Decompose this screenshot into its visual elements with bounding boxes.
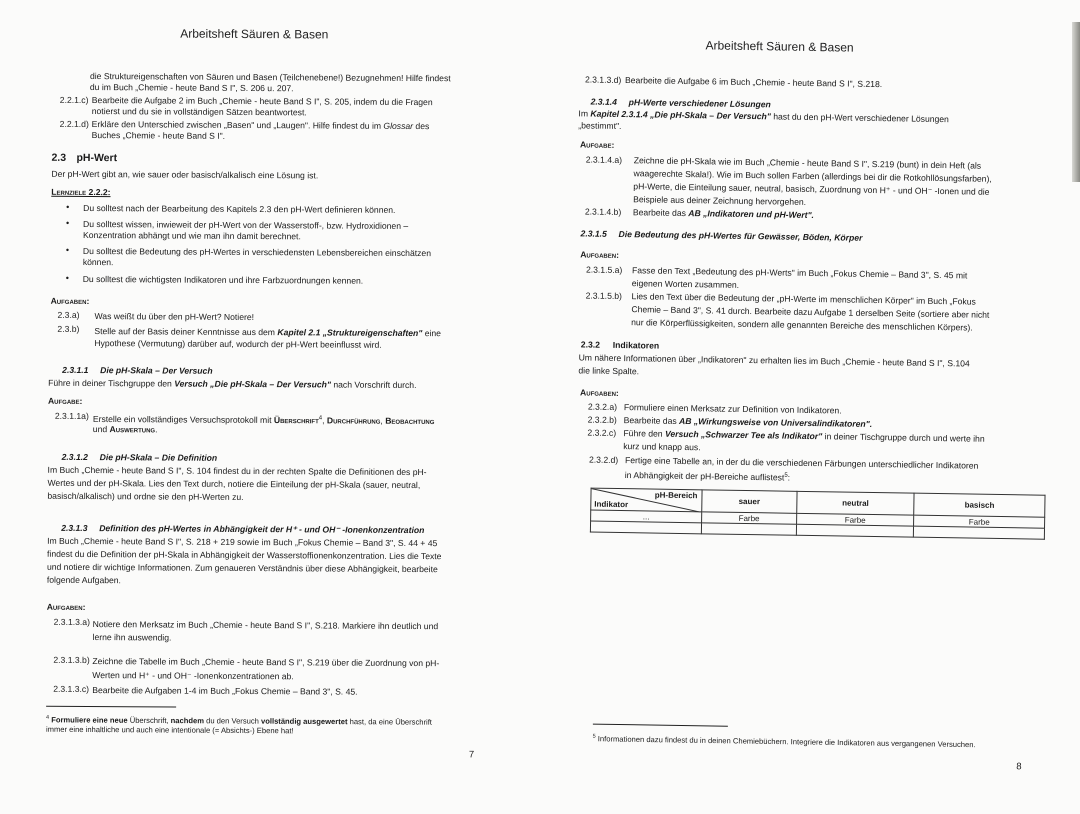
paragraph-line: und notiere dir wichtige Informationen. … xyxy=(47,562,438,575)
task-label: 2.3.1.3.d) xyxy=(585,74,621,85)
chapter-ref: Kapitel 2.3.1.4 „Die pH-Skala – Der Vers… xyxy=(590,109,771,122)
section-number: 2.3 xyxy=(51,153,66,164)
subsection-title: Die pH-Skala – Der Versuch xyxy=(100,365,212,376)
bullet-icon: • xyxy=(66,273,69,283)
page-number: 8 xyxy=(1016,761,1021,772)
text: nachdem xyxy=(171,716,204,725)
subsection-number: 2.3.1.3 xyxy=(61,523,87,534)
text: du den Versuch xyxy=(204,716,261,725)
page-7: Arbeitsheft Säuren & Basen die Strukture… xyxy=(0,0,542,814)
chapter-ref: Kapitel 2.1 „Struktureigenschaften" xyxy=(277,327,422,338)
task-label: 2.3.1.4.b) xyxy=(585,206,621,217)
text: hast du den pH-Wert verschiedener Lösung… xyxy=(771,111,949,124)
task-label: 2.3.2.b) xyxy=(588,415,617,426)
bullet-icon: • xyxy=(66,245,69,255)
task-text: Buches „Chemie - heute Band S I". xyxy=(92,130,226,141)
text: hast, da eine Überschrift xyxy=(347,717,431,727)
aufgabe-heading: Aufgabe: xyxy=(48,396,82,407)
ab-ref: AB „Wirkungsweise von Universalindikator… xyxy=(679,416,872,429)
lernziele-heading: Lernziele 2.2.2: xyxy=(51,187,110,198)
task-text: Hypothese (Vermutung) darüber auf, wodur… xyxy=(94,338,381,350)
text: eine xyxy=(422,328,441,338)
paragraph-line: die linke Spalte. xyxy=(578,365,639,377)
paragraph-line: findest du die Definition der pH-Skala i… xyxy=(47,549,441,562)
text: Formuliere eine xyxy=(49,715,110,724)
subsection-text: Führe in deiner Tischgruppe den Versuch … xyxy=(48,378,416,391)
subsection-number: 2.3.1.2 xyxy=(62,452,88,463)
task-label: 2.3.2.a) xyxy=(588,402,617,413)
task-text: Stelle auf der Basis deiner Kenntnisse a… xyxy=(94,326,441,339)
task-label: 2.3.1.3.c) xyxy=(53,684,89,695)
paragraph-line: basisch/alkalisch) und ordne sie den pH-… xyxy=(47,491,243,503)
task-text: Bearbeite die Aufgabe 6 im Buch „Chemie … xyxy=(625,75,882,90)
task-label: 2.3.b) xyxy=(57,324,79,335)
table-cell xyxy=(796,524,914,537)
text: Führe in deiner Tischgruppe den xyxy=(48,378,174,389)
text: neue xyxy=(110,716,128,725)
versuch-ref: Versuch „Schwarzer Tee als Indikator" xyxy=(665,429,822,441)
task-text: eigenen Worten zusammen. xyxy=(632,278,739,290)
task-label: 2.3.1.1a) xyxy=(55,411,89,422)
text: Im xyxy=(578,108,590,118)
text: Erkläre den Unterschied zwischen „Basen"… xyxy=(92,119,384,131)
lernziel-item: Du solltest nach der Bearbeitung des Kap… xyxy=(83,203,395,216)
text: in deiner Tischgruppe durch und werte ih… xyxy=(822,431,985,444)
sc-term: Durchführung xyxy=(327,415,381,425)
task-text: Formuliere einen Merksatz zur Definition… xyxy=(624,402,842,416)
text: und xyxy=(93,424,110,434)
section-title: pH-Wert xyxy=(76,153,117,164)
text: Bearbeite das xyxy=(633,207,689,218)
text: : xyxy=(788,473,791,483)
corner-top-label: pH-Bereich xyxy=(655,491,698,501)
aufgabe-heading: Aufgabe: xyxy=(580,139,615,150)
task-text: Bearbeite das AB „Indikatoren und pH-Wer… xyxy=(633,207,814,220)
lernziel-item: Du solltest die wichtigsten Indikatoren … xyxy=(83,274,363,286)
page-number: 7 xyxy=(469,749,474,760)
lernziel-item: Du solltest die Bedeutung des pH-Wertes … xyxy=(83,246,431,259)
column-header: basisch xyxy=(914,493,1045,517)
footnote-4-cont: immer eine inhaltliche und auch eine int… xyxy=(46,725,294,737)
footnote-5: 5 Informationen dazu findest du in deine… xyxy=(593,732,976,751)
corner-bottom-label: Indikator xyxy=(594,500,628,510)
lernziel-item: Konzentration abhängt und wie man ihn da… xyxy=(83,230,301,242)
footnote-divider xyxy=(46,706,176,708)
subsection-title: Die Bedeutung des pH-Wertes für Gewässer… xyxy=(618,229,862,243)
subsection-title: Indikatoren xyxy=(613,340,659,351)
task-text: nur die Körperflüssigkeiten, sondern all… xyxy=(631,317,973,333)
subsection-text: Im Kapitel 2.3.1.4 „Die pH-Skala – Der V… xyxy=(578,108,949,124)
bullet-icon: • xyxy=(66,202,69,212)
sc-term: Überschrift xyxy=(274,415,319,425)
sc-term: Auswertung xyxy=(110,424,156,434)
text: vollständig ausgewertet xyxy=(261,717,348,727)
task-label: 2.3.1.3.b) xyxy=(53,655,89,666)
paragraph-line: Im Buch „Chemie - heute Band S I", S. 21… xyxy=(47,536,437,549)
text: in Abhängigkeit der pH-Bereiche aufliste… xyxy=(625,470,785,483)
table-corner-cell: pH-Bereich Indikator xyxy=(591,488,702,512)
aufgaben-heading: Aufgaben: xyxy=(580,249,619,260)
text: Stelle auf der Basis deiner Kenntnisse a… xyxy=(94,326,277,337)
text: Informationen dazu findest du in deinen … xyxy=(596,734,976,749)
text: nach Vorschrift durch. xyxy=(331,379,417,390)
subsection-number: 2.3.1.4 xyxy=(591,97,617,108)
footnote-ref: 4 xyxy=(319,415,322,421)
lernziel-item: können. xyxy=(83,257,114,268)
task-text: lerne ihn auswendig. xyxy=(93,632,172,643)
aufgaben-heading: Aufgaben: xyxy=(580,387,619,398)
task-label: 2.3.1.4.a) xyxy=(586,154,622,165)
paragraph-line: Im Buch „Chemie - heute Band S I", S. 10… xyxy=(48,465,427,478)
indicator-table: pH-Bereich Indikator sauer neutral basis… xyxy=(590,488,1046,540)
ab-ref: AB „Indikatoren und pH-Wert". xyxy=(688,208,814,220)
task-label: 2.3.2.c) xyxy=(587,428,616,439)
column-header: sauer xyxy=(702,490,797,513)
versuch-ref: Versuch „Die pH-Skala – Der Versuch" xyxy=(174,379,331,390)
task-label: 2.3.1.3.a) xyxy=(54,617,90,628)
task-label: 2.3.1.5.a) xyxy=(586,264,622,275)
text: Führe den xyxy=(623,428,665,439)
intro-continuation: du im Buch „Chemie - heute Band S I", S.… xyxy=(90,82,294,94)
text: des xyxy=(413,121,429,131)
subsection-number: 2.3.2 xyxy=(581,339,600,350)
task-label: 2.2.1.d) xyxy=(60,119,89,130)
task-text: Was weißt du über den pH-Wert? Notiere! xyxy=(94,311,254,323)
subsection-title: pH-Werte verschiedener Lösungen xyxy=(629,97,771,110)
task-label: 2.3.1.5.b) xyxy=(586,290,622,301)
sc-term: Beobachtung xyxy=(385,416,434,426)
subsection-text: „bestimmt". xyxy=(578,120,621,131)
task-text: notierst und du sie in vollständigen Sät… xyxy=(92,106,307,118)
glossar-ref: Glossar xyxy=(383,121,413,131)
paragraph-line: folgende Aufgaben. xyxy=(47,575,121,586)
task-text: Notiere den Merksatz im Buch „Chemie - h… xyxy=(93,619,439,632)
task-text: kurz und knapp aus. xyxy=(623,441,701,453)
table-cell xyxy=(914,526,1045,539)
subsection-number: 2.3.1.5 xyxy=(581,228,607,239)
task-text: Zeichne die Tabelle im Buch „Chemie - he… xyxy=(92,656,439,669)
subsection-title: Die pH-Skala – Die Definition xyxy=(100,452,218,463)
task-label: 2.2.1.c) xyxy=(60,95,89,106)
column-header: neutral xyxy=(797,491,915,515)
subsection-title: Definition des pH-Wertes in Abhängigkeit… xyxy=(99,523,424,536)
aufgaben-heading: Aufgaben: xyxy=(47,602,86,613)
bullet-icon: • xyxy=(66,218,69,228)
task-label: 2.3.a) xyxy=(57,310,79,321)
task-text: Beispiele aus deiner Zeichnung hervorgeh… xyxy=(633,194,806,207)
task-label: 2.3.2.d) xyxy=(589,455,618,466)
aufgaben-heading: Aufgaben: xyxy=(51,296,90,307)
text: Überschrift, xyxy=(128,716,171,725)
page-header: Arbeitsheft Säuren & Basen xyxy=(180,27,328,42)
task-text: in Abhängigkeit der pH-Bereiche aufliste… xyxy=(625,468,790,483)
table-cell xyxy=(590,521,701,534)
paragraph-line: Wertes und der pH-Skala. Lies den Text d… xyxy=(47,478,420,491)
text: Bearbeite das xyxy=(624,415,680,426)
page-header: Arbeitsheft Säuren & Basen xyxy=(705,38,853,54)
table-cell xyxy=(701,523,796,535)
task-text: und Auswertung. xyxy=(93,424,158,435)
subsection-number: 2.3.1.1 xyxy=(62,365,88,376)
task-text: Bearbeite die Aufgaben 1-4 im Buch „Foku… xyxy=(92,685,357,697)
footnote-divider xyxy=(593,724,728,727)
section-intro: Der pH-Wert gibt an, wie sauer oder basi… xyxy=(51,169,318,181)
page-8: Arbeitsheft Säuren & Basen 2.3.1.3.d) Be… xyxy=(534,0,1080,814)
task-text: Bearbeite das AB „Wirkungsweise von Univ… xyxy=(624,415,873,429)
task-text: Werten und H⁺ - und OH⁻ -Ionenkonzentrat… xyxy=(92,670,293,682)
